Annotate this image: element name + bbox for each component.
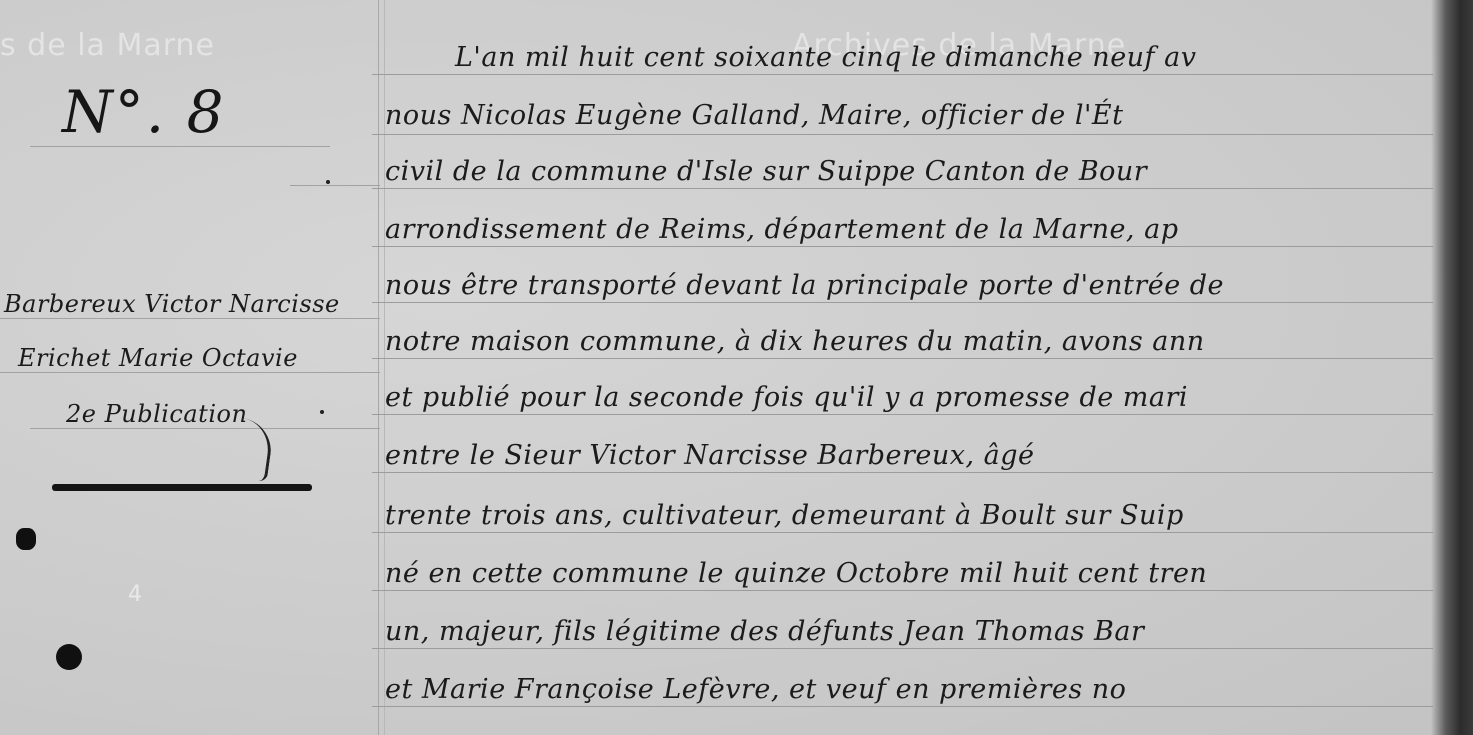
body-line-11: un, majeur, fils légitime des défunts Je… [385, 616, 1144, 647]
body-line-10: né en cette commune le quinze Octobre mi… [385, 558, 1207, 589]
body-line-8: entre le Sieur Victor Narcisse Barbereux… [385, 440, 1035, 471]
margin-rule [0, 372, 380, 373]
ink-blot [56, 644, 82, 670]
body-line-5: nous être transporté devant la principal… [385, 270, 1224, 301]
margin-underline [52, 484, 312, 491]
ruled-line [372, 414, 1433, 415]
ruled-line [372, 706, 1433, 707]
ink-dot [326, 180, 330, 184]
ruled-line [372, 74, 1433, 75]
margin-rule [290, 185, 380, 186]
margin-rule [30, 146, 330, 147]
ruled-line [372, 134, 1433, 135]
ruled-line [372, 472, 1433, 473]
margin-name-bride: Erichet Marie Octavie [18, 344, 298, 372]
body-line-4: arrondissement de Reims, département de … [385, 214, 1178, 245]
ruled-line [372, 246, 1433, 247]
ink-dot [320, 410, 324, 414]
body-line-7: et publié pour la seconde fois qu'il y a… [385, 382, 1188, 413]
register-page: s de la Marne Archives de la Marne N°. 8… [0, 0, 1473, 735]
margin-rule [0, 318, 380, 319]
margin-annotation: 2e Publication [66, 400, 247, 428]
body-line-6: notre maison commune, à dix heures du ma… [385, 326, 1205, 357]
body-line-12: et Marie Françoise Lefèvre, et veuf en p… [385, 674, 1126, 705]
entry-number: N°. 8 [62, 78, 226, 146]
ruled-line [372, 358, 1433, 359]
binding-shadow [1431, 0, 1473, 735]
margin-divider [378, 0, 379, 735]
body-line-2: nous Nicolas Eugène Galland, Maire, offi… [385, 100, 1123, 131]
ruled-line [372, 590, 1433, 591]
ruled-line [372, 532, 1433, 533]
margin-name-groom: Barbereux Victor Narcisse [4, 290, 340, 318]
ink-blot [16, 528, 36, 550]
ruled-line [372, 188, 1433, 189]
body-line-1: L'an mil huit cent soixante cinq le dima… [455, 42, 1197, 73]
margin-rule [30, 428, 380, 429]
page-mark: 4 [128, 582, 142, 607]
ruled-line [372, 302, 1433, 303]
ruled-line [372, 648, 1433, 649]
watermark-left: s de la Marne [0, 28, 215, 63]
body-line-9: trente trois ans, cultivateur, demeurant… [385, 500, 1184, 531]
body-line-3: civil de la commune d'Isle sur Suippe Ca… [385, 156, 1147, 187]
